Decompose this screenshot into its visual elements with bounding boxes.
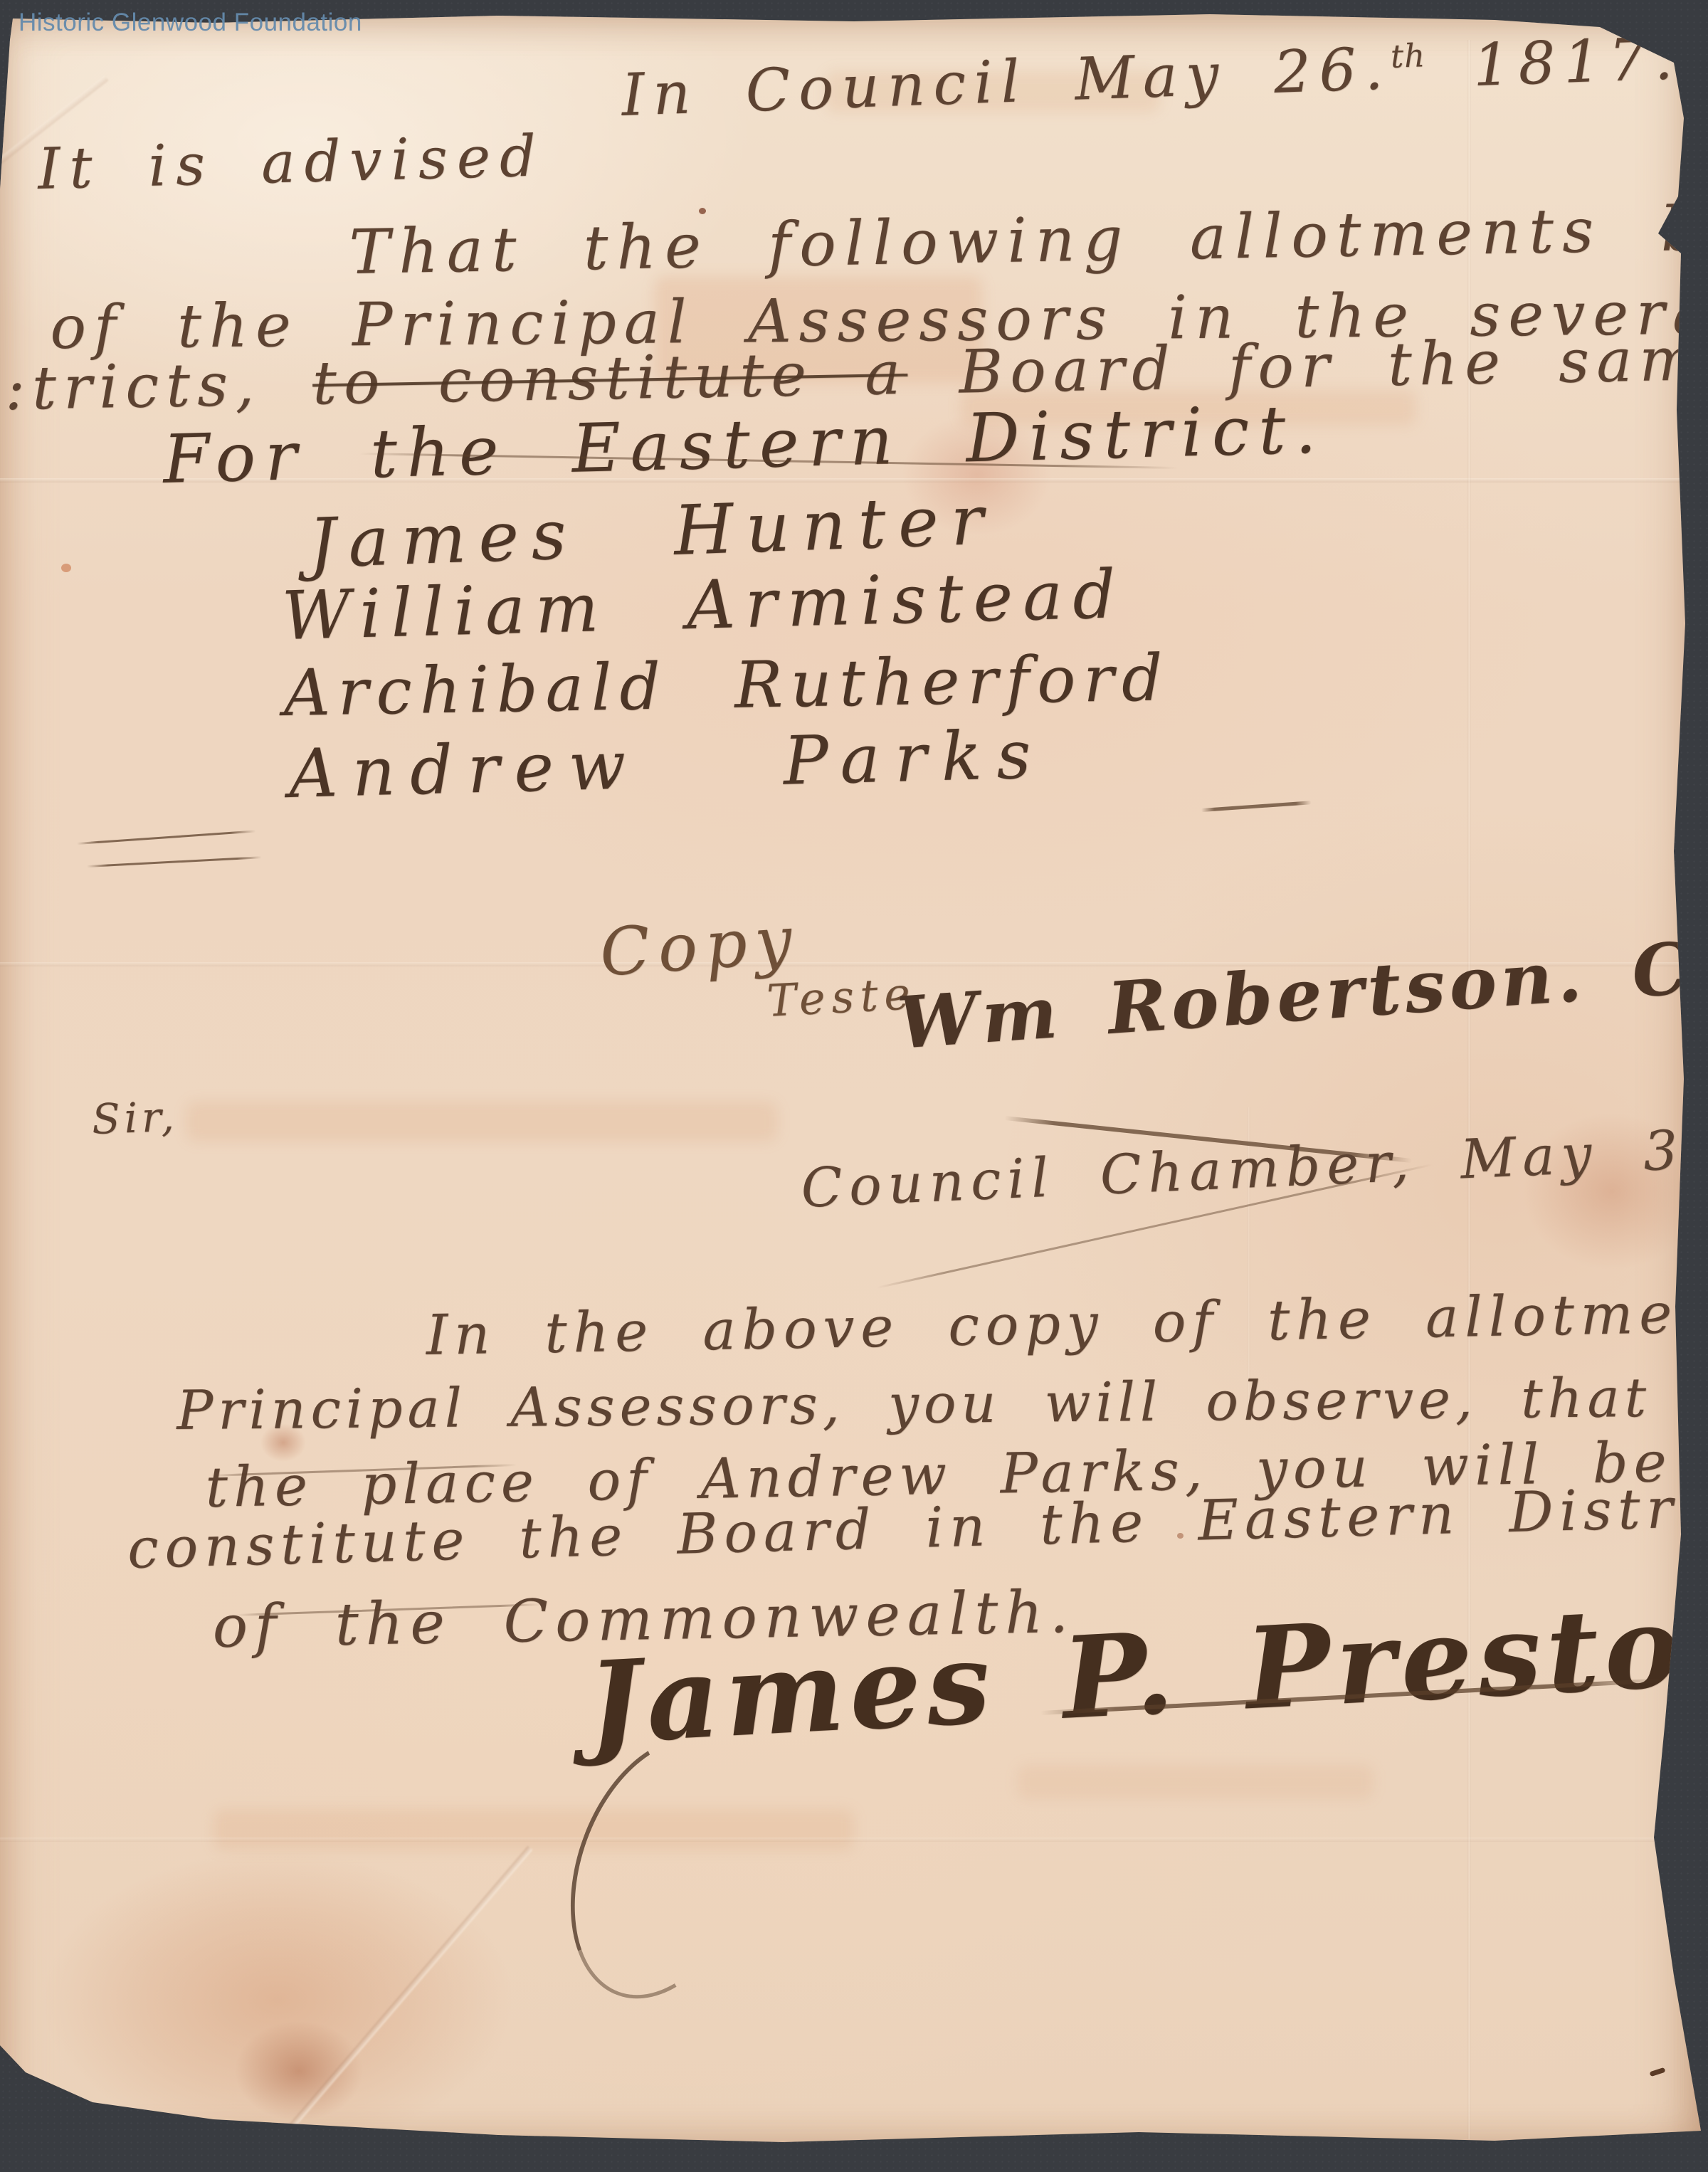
paper-sheet: In Council May 26.th 1817. It is advised… xyxy=(0,11,1704,2156)
name-item: Archibald Rutherford xyxy=(283,646,1171,726)
bleedthrough-mark xyxy=(213,1809,854,1850)
tricts-pre: :tricts, xyxy=(4,348,313,423)
advised-line: It is advised xyxy=(37,127,546,198)
clerk-signature: Wm Robertson. C.C xyxy=(895,926,1708,1059)
ink-speck xyxy=(1649,2067,1665,2077)
paragraph-line: In the above copy of the allotment of th… xyxy=(426,1280,1708,1364)
name-item: Andrew Parks xyxy=(288,722,1046,808)
fold-crease xyxy=(0,1838,1704,1842)
heading-year: 1817. xyxy=(1425,25,1682,101)
heading-text: In Council May 26. xyxy=(621,35,1393,130)
heading-superscript: th xyxy=(1390,36,1426,75)
scan-canvas: In Council May 26.th 1817. It is advised… xyxy=(0,0,1708,2172)
name-item: William Armistead xyxy=(281,562,1127,650)
watermark: Historic Glenwood Foundation xyxy=(19,9,362,37)
bleedthrough-mark xyxy=(1018,1765,1374,1799)
ink-dash xyxy=(77,830,256,845)
heading-line: In Council May 26.th 1817. xyxy=(621,30,1682,125)
ink-dash xyxy=(87,856,262,868)
stain-blotch-core xyxy=(235,2021,363,2121)
teste-label: Teste xyxy=(766,971,917,1023)
allotment-line: That the following allotments be made xyxy=(349,193,1708,283)
paragraph-line: Principal Assessors, you will observe, t… xyxy=(176,1368,1708,1438)
ink-speck xyxy=(61,564,71,572)
double-dash-mark xyxy=(71,837,285,880)
ink-dash xyxy=(1201,801,1312,812)
salutation: Sir, xyxy=(91,1096,179,1140)
bleedthrough-mark xyxy=(186,1102,777,1142)
